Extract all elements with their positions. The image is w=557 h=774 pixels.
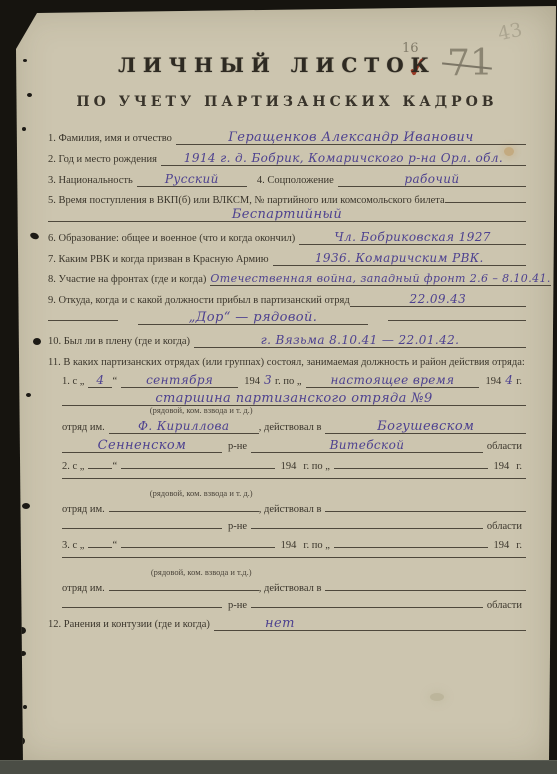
printed-text: , действовал в [259, 422, 326, 433]
printed-text: отряд им. [62, 504, 109, 515]
block-region-row: р-не области [62, 521, 526, 532]
damage-spot [26, 393, 31, 397]
handwritten-year-digit: 4 [505, 375, 513, 385]
handwritten-month: сентября [146, 373, 213, 387]
handwritten-area: Богушевском [377, 419, 474, 434]
field-value-handwritten: Беспартийный [232, 207, 342, 222]
blank-line [62, 478, 526, 479]
field-label: 9. Откуда, когда и с какой должности при… [48, 295, 350, 306]
field-row-education: 6. Образование: общее и военное (что и к… [48, 232, 526, 245]
damage-spot [20, 651, 26, 656]
block-dates-row: 1. с „ 4 “ сентября 1943 г. по „ настоящ… [62, 375, 526, 388]
blank-line [251, 528, 483, 529]
handwritten-day: 4 [96, 373, 104, 387]
printed-text: 194 [488, 540, 514, 551]
field-label: 4. Соцположение [247, 175, 338, 186]
blank-line: 4 [88, 375, 112, 388]
field-label: 3. Национальность [48, 175, 137, 186]
field-row-surname: 1. Фамилия, имя и отчество Геращенков Ал… [48, 133, 526, 145]
printed-text: области [483, 441, 526, 452]
blank-line: 22.09.43 [350, 294, 526, 307]
block-hint-row: (рядовой, ком. взвода и т. д.) [62, 489, 526, 500]
printed-text: отряд им. [62, 583, 109, 594]
block-unit-row: отряд им. , действовал в [62, 583, 526, 594]
blank-line [334, 547, 488, 548]
blank-line: Беспартийный [48, 210, 526, 222]
printed-text: 194 [488, 461, 514, 472]
block-position-row [62, 478, 526, 489]
blank-line [62, 528, 222, 529]
document-title: ЛИЧНЫЙ ЛИСТОК [48, 53, 506, 77]
block-position-row [62, 557, 526, 568]
printed-text: 194 [479, 376, 505, 387]
printed-text: “ [112, 540, 121, 551]
field-label: 8. Участие на фронтах (где и когда) [48, 274, 210, 285]
field-value-handwritten: 22.09.43 [410, 292, 467, 306]
blank-line [88, 547, 112, 548]
field-value-handwritten: Геращенков Александр Иванович [228, 130, 473, 145]
printed-text: р-не [222, 600, 251, 611]
printed-text: г. по „ [300, 461, 334, 472]
blank-line [62, 557, 526, 558]
field-value-handwritten: 1936. Комаричским РВК. [315, 251, 484, 265]
printed-text: области [483, 521, 526, 532]
damage-spot [29, 232, 40, 241]
block-dates-row: 3. с „ “ 194 г. по „ 194 г. [62, 540, 526, 551]
handwritten-unit: Ф. Кириллова [138, 419, 229, 433]
field-value-handwritten: „Дор“ — рядовой. [189, 310, 318, 325]
printed-text: г. по „ [272, 376, 306, 387]
service-record-block-3: 3. с „ “ 194 г. по „ 194 г. (рядовой, ко… [62, 540, 526, 611]
blank-line [62, 607, 222, 608]
printed-text: 194 [238, 376, 264, 387]
block-hint-row: (рядовой, ком. взвода и т. д.) [62, 406, 526, 417]
blank-line [445, 202, 526, 203]
form-fields: 1. Фамилия, имя и отчество Геращенков Ал… [48, 133, 526, 631]
printed-text: “ [112, 376, 121, 387]
blank-line: г. Вязьма 8.10.41 — 22.01.42. [194, 335, 526, 348]
printed-text: г. [513, 376, 526, 387]
blank-line: Чл. Бобриковская 1927 [299, 232, 526, 245]
printed-text: 3. с „ [62, 540, 88, 551]
field-row-units-label: 11. В каких партизанских отрядах (или гр… [48, 356, 526, 369]
blank-line [48, 320, 118, 321]
printed-text: 194 [275, 540, 301, 551]
service-record-block-1: 1. с „ 4 “ сентября 1943 г. по „ настоящ… [62, 375, 526, 453]
blank-line: Сенненском [62, 441, 222, 453]
field-row-wounds: 12. Ранения и контузии (где и когда) нет [48, 619, 526, 631]
blank-line: Русский [137, 174, 247, 187]
field-label: 7. Каким РВК и когда призван в Красную А… [48, 254, 273, 265]
form-content: ЛИЧНЫЙ ЛИСТОК ПО УЧЕТУ ПАРТИЗАНСКИХ КАДР… [48, 41, 526, 639]
field-value-handwritten: Отечественная война, западный фронт 2.6 … [210, 272, 550, 285]
field-row-fronts: 8. Участие на фронтах (где и когда) Отеч… [48, 274, 526, 286]
blank-line: 1914 г. д. Бобрик, Комаричского р-на Орл… [161, 153, 526, 166]
printed-text: , действовал в [259, 583, 326, 594]
blank-line: Богушевском [325, 422, 526, 434]
blank-line: сентября [121, 375, 238, 388]
printed-text: , действовал в [259, 504, 326, 515]
blank-line [109, 511, 259, 512]
block-region-row: Сенненском р-не Витебской области [62, 440, 526, 453]
printed-text: 194 [275, 461, 301, 472]
block-unit-row: отряд им. Ф. Кириллова , действовал в Бо… [62, 421, 526, 434]
blank-line: Витебской [251, 440, 483, 453]
printed-hint: (рядовой, ком. взвода и т.д.) [62, 568, 340, 577]
printed-hint: (рядовой, ком. взвода и т. д.) [62, 406, 340, 415]
field-label: 6. Образование: общее и военное (что и к… [48, 233, 299, 244]
document-subtitle: ПО УЧЕТУ ПАРТИЗАНСКИХ КАДРОВ [48, 93, 526, 111]
field-row-party-value: Беспартийный [48, 210, 526, 222]
printed-text: 1. с „ [62, 376, 88, 387]
blank-line [334, 468, 488, 469]
damage-spot [16, 737, 25, 745]
field-row-nationality: 3. Национальность Русский 4. Соцположени… [48, 174, 526, 187]
blank-line [121, 547, 275, 548]
blank-line [88, 468, 112, 469]
printed-text: 2. с „ [62, 461, 88, 472]
field-value-handwritten: нет [265, 616, 295, 631]
printed-text: отряд им. [62, 422, 109, 433]
field-value-handwritten: рабочий [404, 172, 459, 186]
field-value-handwritten: Русский [165, 172, 219, 186]
damage-spot [27, 93, 32, 97]
field-label: 11. В каких партизанских отрядах (или гр… [48, 356, 525, 369]
scanned-paper-sheet: 16 ✓ 71 43 ЛИЧНЫЙ ЛИСТОК ПО УЧЕТУ ПАРТИЗ… [10, 5, 556, 765]
damage-spot [18, 627, 26, 634]
blank-line: Ф. Кириллова [109, 421, 259, 434]
blank-line: „Дор“ — рядовой. [138, 313, 368, 325]
blank-line [388, 320, 526, 321]
field-row-rvk: 7. Каким РВК и когда призван в Красную А… [48, 253, 526, 266]
blank-line [251, 607, 483, 608]
damage-spot [23, 59, 27, 62]
field-label: 1. Фамилия, имя и отчество [48, 133, 176, 144]
blank-line: настоящее время [306, 375, 480, 388]
field-label: 10. Был ли в плену (где и когда) [48, 336, 194, 347]
printed-text: р-не [222, 521, 251, 532]
field-row-captivity: 10. Был ли в плену (где и когда) г. Вязь… [48, 335, 526, 348]
field-row-arrival: 9. Откуда, когда и с какой должности при… [48, 294, 526, 307]
printed-text: г. [513, 461, 526, 472]
blank-line: Геращенков Александр Иванович [176, 133, 526, 145]
blank-line: старшина партизанского отряда №9 [62, 394, 526, 406]
blank-line [325, 511, 526, 512]
handwritten-district: Сенненском [98, 438, 187, 453]
handwritten-until: настоящее время [330, 373, 454, 387]
blank-line: 1936. Комаричским РВК. [273, 253, 526, 266]
blank-line: рабочий [338, 174, 526, 187]
field-label: 2. Год и место рождения [48, 154, 161, 165]
handwritten-oblast: Витебской [330, 438, 405, 452]
field-label: 5. Время поступления в ВКП(б) или ВЛКСМ,… [48, 195, 445, 206]
block-dates-row: 2. с „ “ 194 г. по „ 194 г. [62, 461, 526, 472]
printed-text: р-не [222, 441, 251, 452]
blank-line: Отечественная война, западный фронт 2.6 … [210, 274, 550, 286]
damage-spot [22, 503, 30, 509]
block-position-row: старшина партизанского отряда №9 [62, 394, 526, 406]
service-record-block-2: 2. с „ “ 194 г. по „ 194 г. (рядовой, ко… [62, 461, 526, 532]
printed-text: г. [513, 540, 526, 551]
printed-hint: (рядовой, ком. взвода и т. д.) [62, 489, 340, 498]
damage-spot [33, 338, 41, 345]
block-region-row: р-не области [62, 600, 526, 611]
scanner-bed-strip [0, 760, 557, 774]
handwritten-year-digit: 3 [264, 375, 272, 385]
handwritten-position: старшина партизанского отряда №9 [155, 391, 432, 406]
field-row-party-label: 5. Время поступления в ВКП(б) или ВЛКСМ,… [48, 195, 526, 206]
blank-line: нет [214, 619, 526, 631]
blank-line [109, 590, 259, 591]
block-unit-row: отряд им. , действовал в [62, 504, 526, 515]
field-value-handwritten: 1914 г. д. Бобрик, Комаричского р-на Орл… [184, 151, 503, 165]
blank-line [325, 590, 526, 591]
block-hint-row: (рядовой, ком. взвода и т.д.) [62, 568, 526, 579]
field-value-handwritten: Чл. Бобриковская 1927 [334, 230, 490, 244]
stain [430, 693, 444, 701]
blank-line [121, 468, 275, 469]
printed-text: области [483, 600, 526, 611]
field-row-birth: 2. Год и место рождения 1914 г. д. Бобри… [48, 153, 526, 166]
field-label: 12. Ранения и контузии (где и когда) [48, 619, 214, 630]
damage-spot [23, 705, 27, 709]
printed-text: “ [112, 461, 121, 472]
damage-spot [22, 127, 26, 131]
printed-text: г. по „ [300, 540, 334, 551]
field-value-handwritten: г. Вязьма 8.10.41 — 22.01.42. [261, 333, 460, 347]
field-row-arrival-2: „Дор“ — рядовой. [48, 313, 526, 325]
